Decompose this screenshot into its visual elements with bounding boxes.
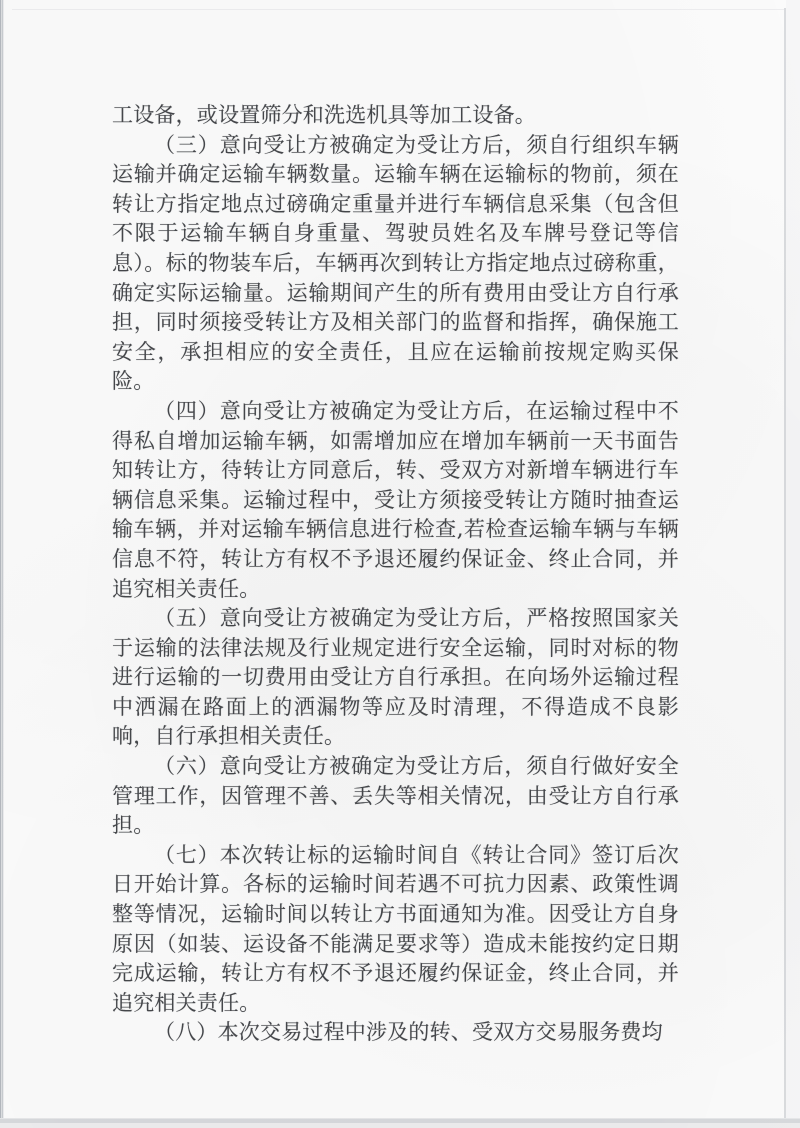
paragraph-item-8: （八）本次交易过程中涉及的转、受双方交易服务费均 bbox=[112, 1018, 679, 1048]
scan-margin-left bbox=[0, 0, 4, 1128]
scan-margin-right bbox=[786, 0, 800, 1128]
paragraph-item-5: （五）意向受让方被确定为受让方后，严格按照国家关于运输的法律法规及行业规定进行安… bbox=[112, 604, 679, 752]
paragraph-item-7: （七）本次转让标的运输时间自《转让合同》签订后次日开始计算。各标的运输时间若遇不… bbox=[112, 841, 679, 1019]
document-body: 工设备，或设置筛分和洗选机具等加工设备。 （三）意向受让方被确定为受让方后，须自… bbox=[112, 101, 679, 1048]
paragraph-item-6: （六）意向受让方被确定为受让方后，须自行做好安全管理工作，因管理不善、丢失等相关… bbox=[112, 752, 679, 841]
paragraph-continuation: 工设备，或设置筛分和洗选机具等加工设备。 bbox=[112, 101, 679, 131]
paragraph-item-3: （三）意向受让方被确定为受让方后，须自行组织车辆运输并确定运输车辆数量。运输车辆… bbox=[112, 131, 679, 397]
paper-bottom-edge bbox=[0, 1118, 800, 1128]
scanned-paper-page: 工设备，或设置筛分和洗选机具等加工设备。 （三）意向受让方被确定为受让方后，须自… bbox=[0, 0, 800, 1128]
paper-top-edge bbox=[12, 9, 784, 10]
paragraph-item-4: （四）意向受让方被确定为受让方后，在运输过程中不得私自增加运输车辆，如需增加应在… bbox=[112, 397, 679, 604]
